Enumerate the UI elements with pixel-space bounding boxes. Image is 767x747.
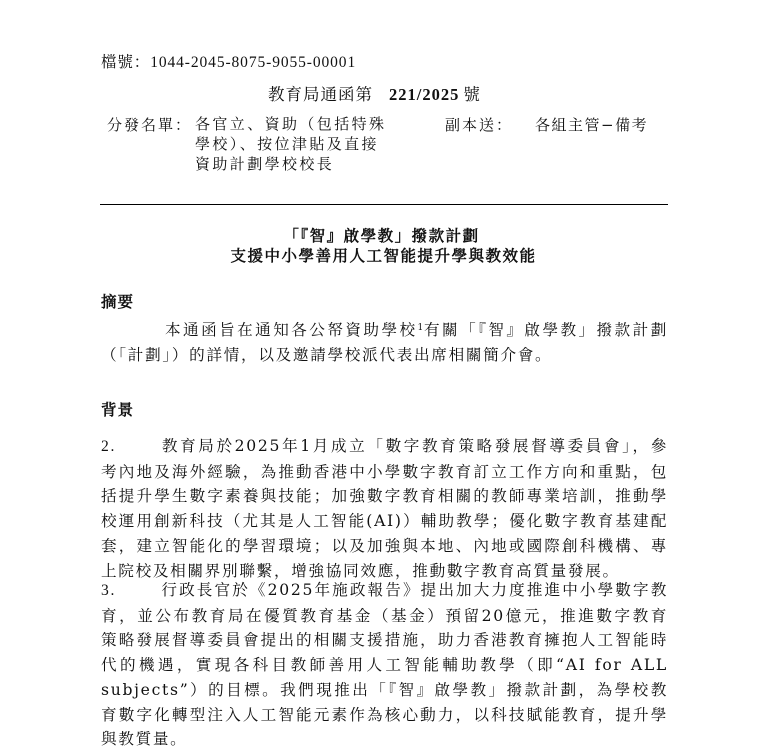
distribution-list: 各官立、資助（包括特殊 學校）、按位津貼及直接 資助計劃學校校長 [195, 114, 386, 174]
paragraph-line: 套，建立智能化的學習環境；以及加強與本地、內地或國際創科機構、專 [101, 534, 668, 559]
paragraph-line: 育數字化轉型注入人工智能元素作為核心動力，以科技賦能教育，提升學 [101, 703, 668, 728]
summary-paragraph: 本通函旨在通知各公帑資助學校1有關「『智』啟學教」撥款計劃 （「計劃」）的詳情，… [101, 318, 668, 367]
paragraph-line: 與教質量。 [101, 727, 668, 747]
distribution-label: 分發名單： [107, 114, 192, 135]
distribution-line: 資助計劃學校校長 [195, 154, 386, 174]
circular-number-value: 221/2025 [389, 85, 459, 104]
paragraph-line: （「計劃」）的詳情，以及邀請學校派代表出席相關簡介會。 [101, 343, 668, 368]
horizontal-divider [100, 204, 668, 205]
document-title-line-1: 「『智』啟學教」撥款計劃 [0, 224, 765, 246]
cc-label: 副本送： [445, 114, 513, 135]
paragraph-3: 3.行政長官於《2025年施政報告》提出加大力度推進中小學數字教 育，並公布教育… [101, 578, 668, 747]
text-segment: 行政長官於《2025年施政報告》提出加大力度推進中小學數字教 [161, 581, 668, 599]
document-title-line-2: 支援中小學善用人工智能提升學與教效能 [0, 244, 767, 266]
circular-suffix: 號 [463, 85, 481, 104]
text-segment: 本通函旨在通知各公帑資助學校 [165, 321, 418, 339]
paragraph-line: 代的機遇，實現各科目教師善用人工智能輔助教學（即“AI for ALL [101, 653, 668, 678]
paragraph-line: 本通函旨在通知各公帑資助學校1有關「『智』啟學教」撥款計劃 [101, 318, 668, 343]
circular-number: 教育局通函第221/2025號 [268, 81, 481, 105]
text-segment: 教育局於2025年1月成立「數字教育策略發展督導委員會」，參 [161, 437, 668, 455]
file-label: 檔號： [101, 53, 150, 71]
paragraph-line: 括提升學生數字素養與技能；加強數字教育相關的教師專業培訓，推動學 [101, 484, 668, 509]
circular-prefix: 教育局通函第 [268, 85, 373, 104]
footnote-marker: 1 [418, 323, 424, 333]
paragraph-number: 2. [101, 435, 161, 460]
paragraph-line: 考內地及海外經驗，為推動香港中小學數字教育訂立工作方向和重點，包 [101, 460, 668, 485]
paragraph-2: 2.教育局於2025年1月成立「數字教育策略發展督導委員會」，參 考內地及海外經… [101, 434, 668, 583]
paragraph-line: subjects”）的目標。我們現推出「『智』啟學教」撥款計劃，為學校教 [101, 678, 668, 703]
section-heading-background: 背景 [101, 398, 134, 420]
text-segment: 有關「『智』啟學教」撥款計劃 [423, 321, 668, 339]
paragraph-line: 校運用創新科技（尤其是人工智能(AI)）輔助教學；優化數字教育基建配 [101, 509, 668, 534]
distribution-line: 各官立、資助（包括特殊 [195, 114, 386, 134]
paragraph-line: 2.教育局於2025年1月成立「數字教育策略發展督導委員會」，參 [101, 434, 668, 460]
file-number-value: 1044-2045-8075-9055-00001 [150, 54, 356, 71]
paragraph-number: 3. [101, 579, 161, 604]
section-heading-summary: 摘要 [101, 290, 134, 312]
paragraph-line: 策略發展督導委員會提出的相關支援措施，助力香港教育擁抱人工智能時 [101, 628, 668, 653]
file-reference: 檔號：1044-2045-8075-9055-00001 [101, 50, 356, 72]
paragraph-line: 3.行政長官於《2025年施政報告》提出加大力度推進中小學數字教 [101, 578, 668, 604]
paragraph-line: 育，並公布教育局在優質教育基金（基金）預留20億元，推進數字教育 [101, 604, 668, 629]
cc-value: 各組主管−備考 [535, 114, 648, 135]
distribution-line: 學校）、按位津貼及直接 [195, 134, 386, 154]
